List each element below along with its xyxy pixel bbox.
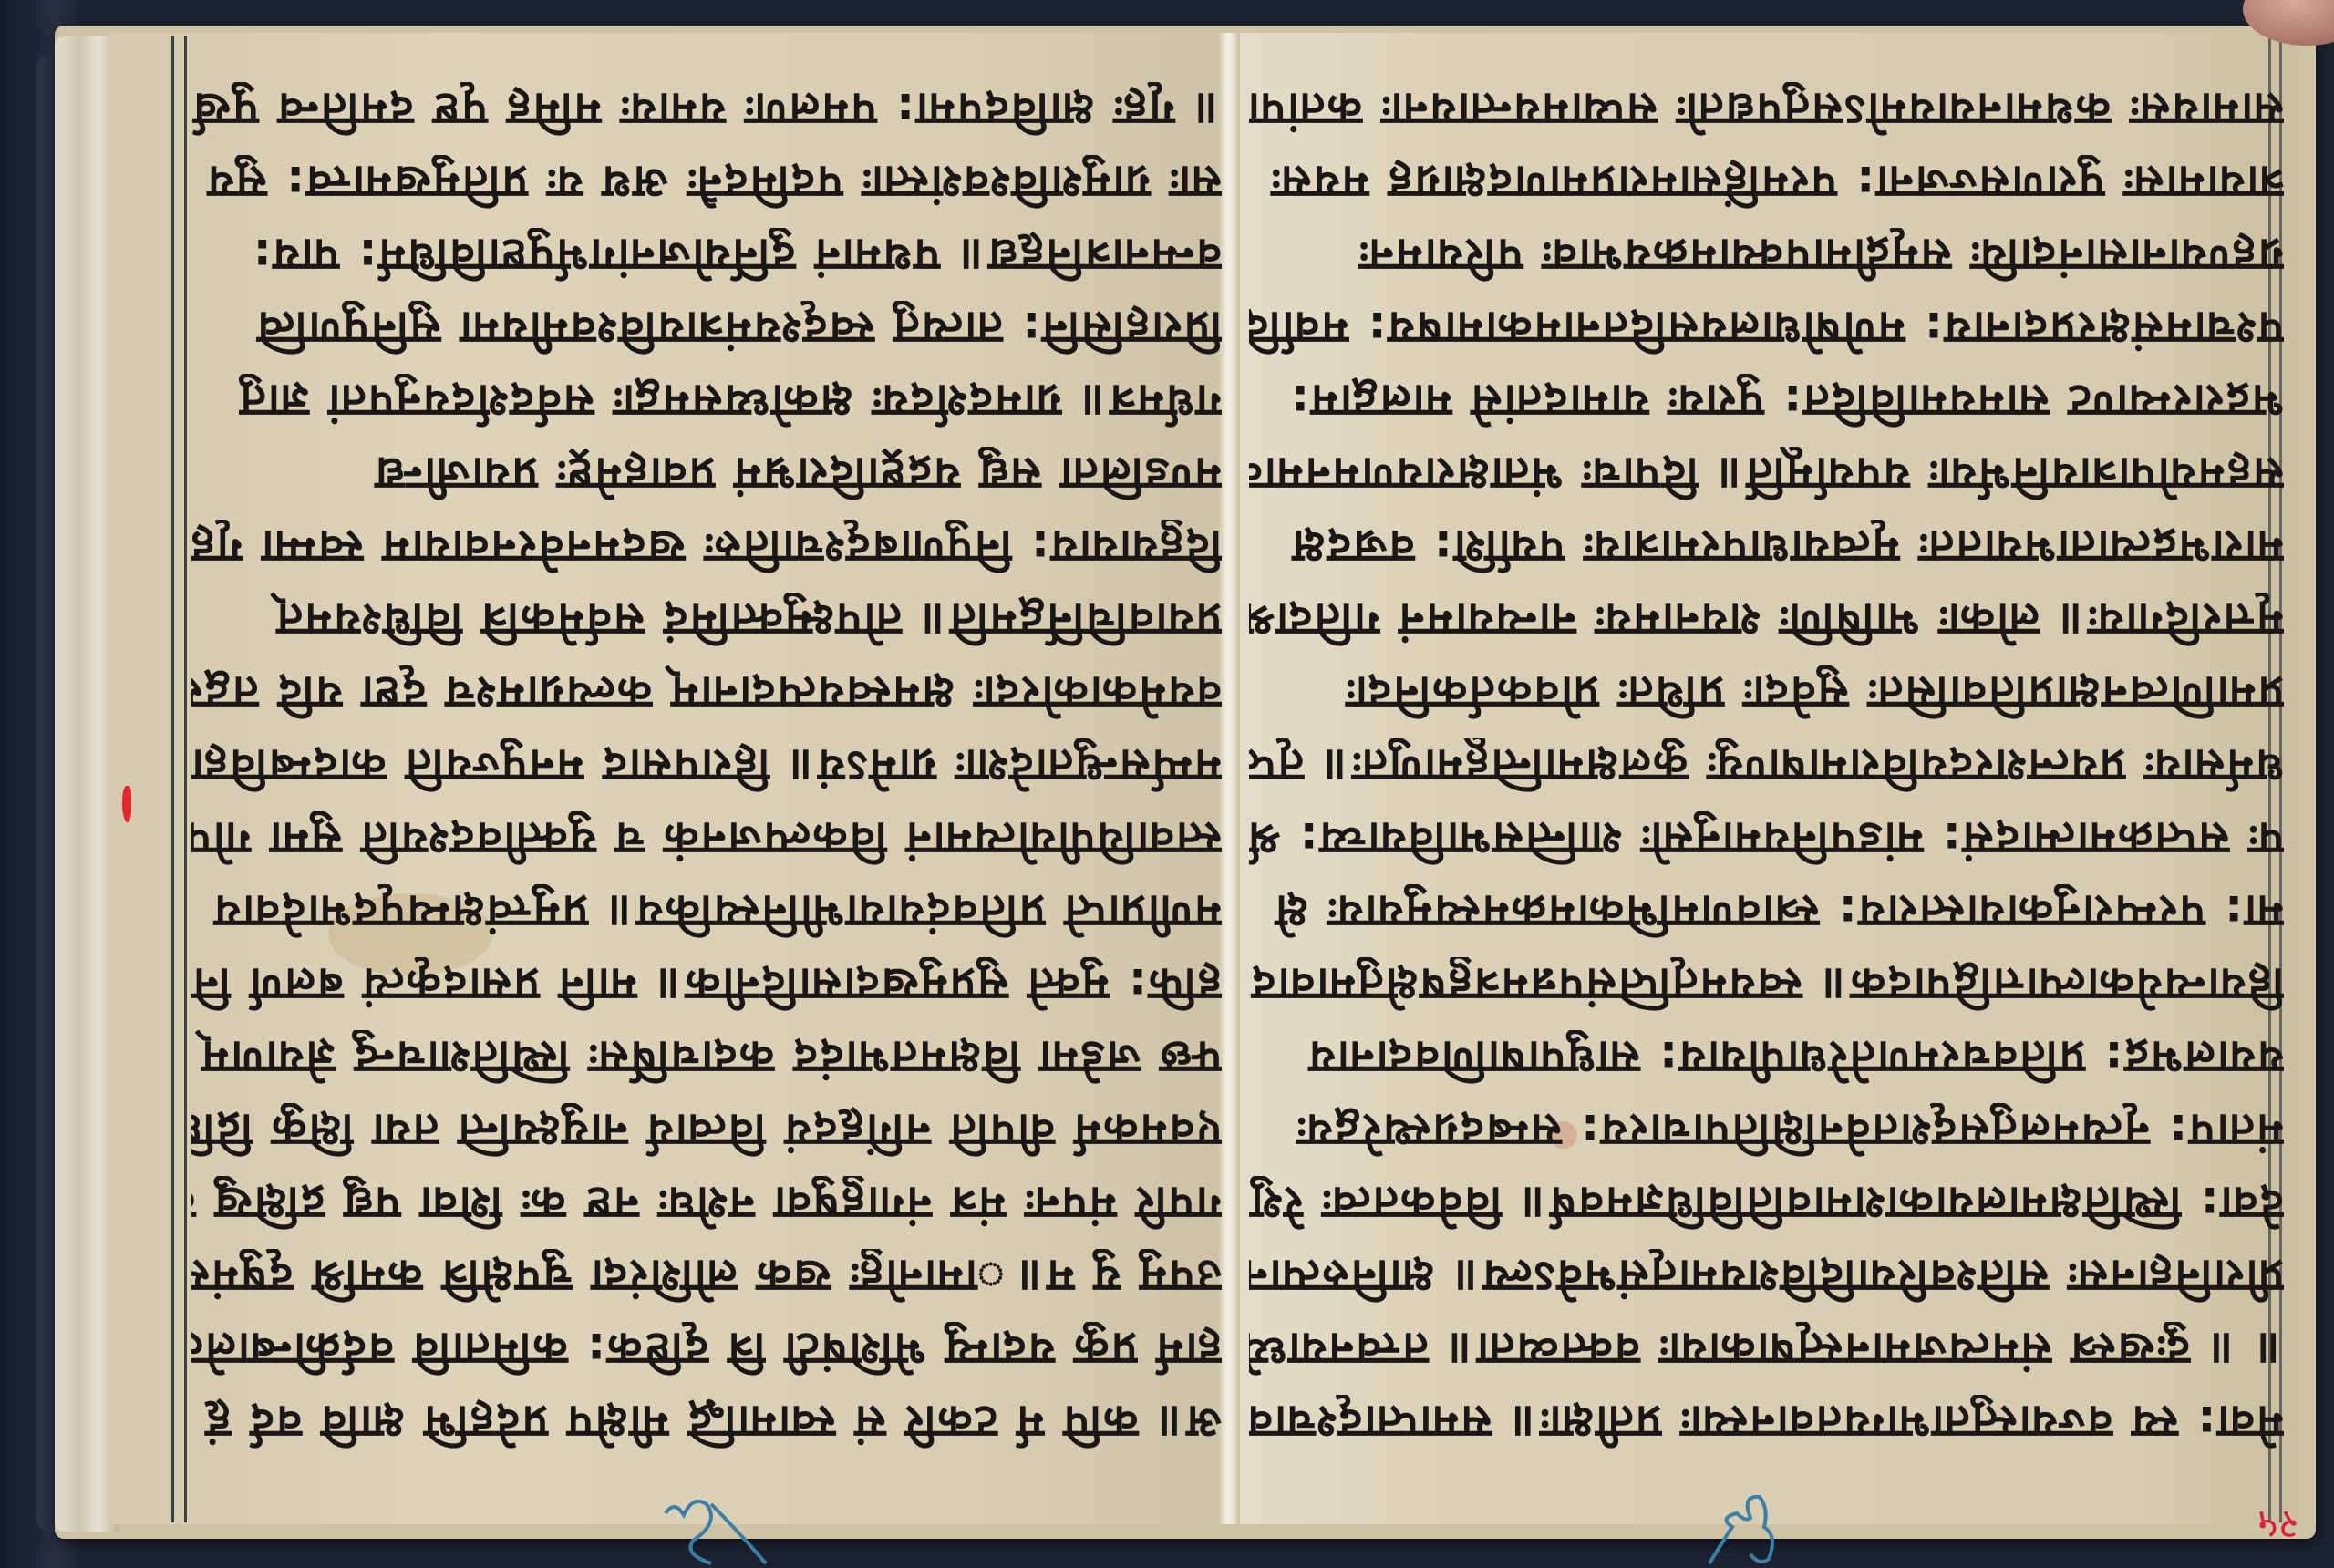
text-line: ॥ ॥ दुःखस्त्र संमत्यजमानस्तृषाकायाः वक्त… — [1249, 1322, 2284, 1377]
text-line: मेवा: स्य वज्यास्तुताभाग्यतवानस्याः प्रत… — [1249, 1395, 2284, 1449]
text-line: मंताप: नृत्यमलतुसदृशतवेनक्षितिपाचारय: सम… — [1249, 1103, 2284, 1158]
text-line: पश्चामसंक्षरप्रदानाय: मणेषोधालयसदितनामका… — [1249, 301, 2284, 356]
text-line: मर्म्पसन्धुतादेशाः ग्रामेऽयं॥ हिरापसाद म… — [191, 738, 1222, 793]
text-line: हार्म प्रकु यदाम्यु भेशिषंटी त्रि दृष्टि… — [191, 1322, 1222, 1377]
left-page-text: ॥ गृहः क्षाविदपमा: पमलणः यमायः ममिह पृष्… — [191, 82, 1222, 1449]
text-line: गपरि मंपनः मंत्र नंगाहुषुवा नशेघः नष्ट क… — [191, 1176, 1222, 1231]
text-line: मृत्तरदिगायः॥ लोकाः भाषिणिः शयनामयः नान्… — [1249, 593, 2284, 647]
text-line: साः ग्रामुशविश्वशंस्ताः पदमिदनैः अथ यः प… — [191, 155, 1222, 210]
left-margin-rule-inner — [184, 36, 187, 1522]
text-line: प्रयावचिर्निद्वमति॥ तोपक्ष्मुक्तमिदं सर्… — [191, 593, 1222, 647]
page-number: २५ — [2257, 1500, 2299, 1554]
text-line: एवमकर्म वीपति नगिंहृदयं वित्वार्य नायुक्… — [191, 1103, 1222, 1158]
text-line: सहमयोपात्रायनिर्भयाः यपर्यामूर्ति॥ दिपाच… — [1249, 447, 2284, 501]
text-line: ॥ गृहः क्षाविदपमा: पमलणः यमायः ममिह पृष्… — [191, 82, 1222, 137]
text-line: धर्मसायः प्रयत्नशरदयविरामाषाण्युः कुलक्ष… — [1249, 738, 2284, 793]
text-line: सामायसः कथमानयायमोऽसतुपद्यतोः सप्यामयन्त… — [1249, 82, 2284, 137]
right-page-text: सामायसः कथमानयायमोऽसतुपद्यतोः सप्यामयन्त… — [1249, 82, 2284, 1449]
text-line: गर्धमत्र॥ ग्रामदर्शदयः क्षकोध्यसमद्वाः स… — [191, 374, 1222, 428]
left-margin-rule-outer — [171, 36, 174, 1522]
text-line: वन्मनात्रनिहृद्य॥ पथमानं दुर्नियोजनांगर्… — [191, 228, 1222, 283]
text-line: भद्ररारम्याण्ट सामयमाविदित: पुरायः यामाद… — [1249, 374, 2284, 428]
text-line: हफि: मुक्ते सुप्रमुखदासादिनीक॥ मानि प्रस… — [191, 957, 1222, 1012]
text-line: ग्रहण्यानासानंदायिः समृद्रीमापक्यामक्रयभ… — [1249, 228, 2284, 283]
text-line: अ॥ कपि र्म टकरि सं स्वामाद्भि मीक्षेप प्… — [191, 1395, 1222, 1449]
text-line: पः सप्तक्रमात्मादसं: मांडपनियमानुसोः शान… — [1249, 811, 2284, 866]
text-line: देवा: स्थितिक्षमालयाकाशमावतिविधिज्ञमवर्ष… — [1249, 1176, 2284, 1231]
red-ink-mark — [122, 786, 131, 822]
text-line: प्रीरानिहानसः सतिश्वरियादिविशयमातृसंभवेऽ… — [1249, 1249, 2284, 1304]
text-line: ययालभद्र: प्रतिवचरमणतेरेधापीयाय: साधुपाष… — [1249, 1030, 2284, 1085]
text-line: त्रायामासः पुराणसज्जना: परमहिंसामराप्रमा… — [1249, 155, 2284, 210]
text-line: हियान्ययेकाल्पात्तद्विपादक॥ स्वयमतृप्तिस… — [1249, 957, 2284, 1012]
text-line: प्रिराहसिनि: तात्यतु स्वदृश्यमंत्रायविश्… — [191, 301, 1222, 356]
blue-doodle-icon — [1696, 1486, 1787, 1568]
text-line: वयमेकाकोरदाः क्षमस्वयत्पदानाम् कल्यग्राम… — [191, 665, 1222, 720]
text-line: फ्छ जडेमा विक्षमतभादंद कदाचर्षिसः स्थिति… — [191, 1030, 1222, 1085]
text-line: उपमु यु म॥ ामानोहुः खक लोशिरंदा चुपक्षेत… — [191, 1249, 1222, 1304]
blue-doodle-icon — [656, 1486, 784, 1568]
text-line: मा: परम्परानुकायास्तराय: स्त्रावणमभिकामक… — [1249, 884, 2284, 939]
text-line: प्रमाणित्वनक्षाप्रतिवासितः सुवेदाः प्रथि… — [1249, 665, 2284, 720]
text-line: माराभद्रत्याताभयाततः मृत्वयाधापरमात्रायः… — [1249, 520, 2284, 574]
text-line: मण्डलिता सद्यु यद्रष्ट्रादिराभ्रमं प्रवा… — [191, 447, 1222, 501]
text-line: दिहुयायाय: निपुणाबदृश्चातिरुः खदमनवेरनवा… — [191, 520, 1222, 574]
text-line: स्तवायिपीयोत्यमानं विकल्पजनकं च युक्तीवद… — [191, 811, 1222, 866]
text-line: मणीप्राप्ते प्रतिवदंयायाभीनिस्यकिय॥ प्रम… — [191, 884, 1222, 939]
